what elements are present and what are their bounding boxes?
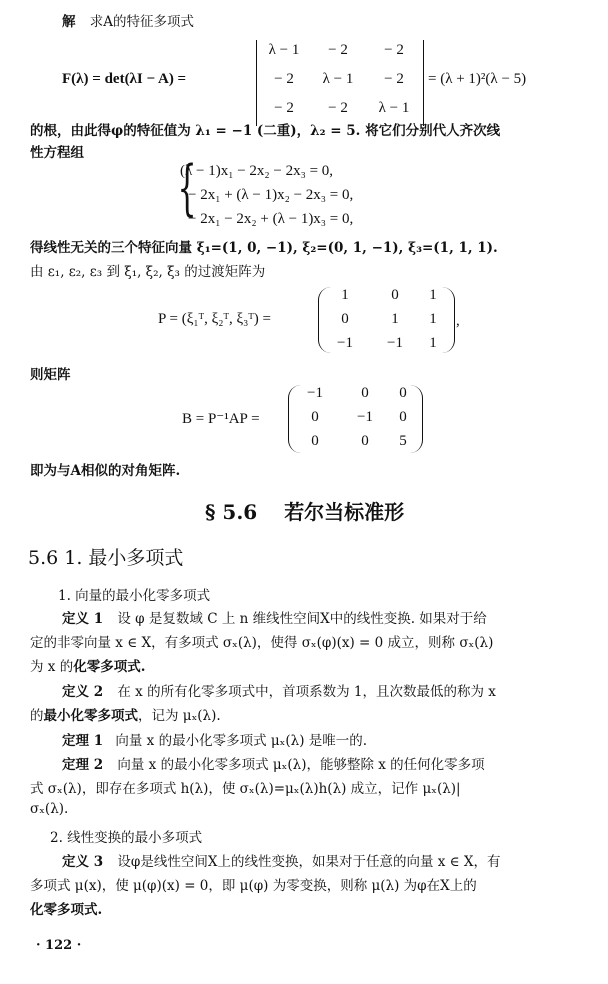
subsection-title: 5.6 1. 最小多项式 [28,543,183,570]
definition-2-line-1: 定义 2 在 x 的所有化零多项式中，首项系数为 1，且次数最低的称为 x [62,680,496,700]
equation-2: − 2x₁ + (λ − 1)x₂ − 2x₃ = 0, [188,187,353,204]
b-cell: 0 [290,409,340,426]
definition-2-text: 的 [30,708,44,724]
solution-intro: 解 求A的特征多项式 [62,10,194,30]
solution-label: 解 [62,14,76,30]
equation-3: − 2x₁ − 2x₂ + (λ − 1)x₃ = 0, [188,211,353,228]
definition-2-text: ，记为 μₓ(λ). [138,708,221,724]
charpoly-lhs: F(λ) = det(λI − A) = [62,71,186,88]
definition-3-line-2: 多项式 μ(x)，使 μ(φ)(x) = 0，即 μ(φ) 为零变换，则称 μ(… [30,874,477,894]
det-cell: − 2 [259,100,309,117]
definition-3-line-3: 化零多项式. [30,898,102,918]
definition-2-line-2: 的最小化零多项式，记为 μₓ(λ). [30,704,221,724]
conclusion-text: 即为与A相似的对角矩阵. [30,459,180,479]
p-matrix-lhs: P = (ξ₁ᵀ, ξ₂ᵀ, ξ₃ᵀ) = [158,311,271,328]
det-cell: λ − 1 [259,42,309,59]
roots-text: 的根，由此得φ的特征值为 λ₁ = −1 (二重)，λ₂ = 5. 将它们分别代… [30,119,500,139]
b-cell: 0 [290,433,340,450]
section-title: 若尔当标准形 [284,500,404,524]
right-paren [442,287,455,353]
theorem-2-label: 定理 2 [62,757,103,773]
theorem-2-text: 向量 x 的最小化零多项式 μₓ(λ)，能够整除 x 的任何化零多项 [117,757,484,773]
p-cell: 1 [320,287,370,304]
definition-2-text: 在 x 的所有化零多项式中，首项系数为 1，且次数最低的称为 x [117,684,495,700]
definition-1-text: 为 x 的 [30,659,73,675]
term-annihilating-polynomial: 化零多项式. [73,659,145,675]
section-number: § 5.6 [205,500,257,524]
det-cell: λ − 1 [313,71,363,88]
roots-text-2: 性方程组 [30,141,84,161]
page-number: · 122 · [36,938,81,953]
equation-1: (λ − 1)x₁ − 2x₂ − 2x₃ = 0, [180,163,333,180]
theorem-2-line-3: σₓ(λ). [30,801,68,817]
solution-intro-text: 求A的特征多项式 [90,14,194,30]
then-text: 则矩阵 [30,363,71,383]
b-matrix-lhs: B = P⁻¹AP = [182,409,260,428]
charpoly-rhs: = (λ + 1)²(λ − 5) [428,71,526,88]
definition-1-text: 设 φ 是复数域 C 上 n 维线性空间X中的线性变换. 如果对于给 [117,611,486,627]
det-cell: − 2 [369,71,419,88]
b-cell: −1 [290,385,340,402]
det-cell: − 2 [313,42,363,59]
definition-3-line-1: 定义 3 设φ是线性空间X上的线性变换，如果对于任意的向量 x ∈ X，有 [62,850,501,870]
det-cell: − 2 [259,71,309,88]
theorem-1-label: 定理 1 [62,733,103,749]
definition-1-line-2: 定的非零向量 x ∈ X，有多项式 σₓ(λ)，使得 σₓ(φ)(x) = 0 … [30,631,493,651]
p-matrix-comma: , [456,313,460,330]
det-cell: λ − 1 [369,100,419,117]
eigenvectors-text: 得线性无关的三个特征向量 ξ₁=(1, 0, −1), ξ₂=(0, 1, −1… [30,236,498,256]
theorem-2-line-1: 定理 2 向量 x 的最小化零多项式 μₓ(λ)，能够整除 x 的任何化零多项 [62,753,485,773]
theorem-2-line-2: 式 σₓ(λ)，即存在多项式 h(λ)，使 σₓ(λ)=μₓ(λ)h(λ) 成立… [30,777,461,797]
definition-3-label: 定义 3 [62,854,103,870]
theorem-1: 定理 1 向量 x 的最小化零多项式 μₓ(λ) 是唯一的. [62,729,367,749]
determinant-matrix: λ − 1 − 2 − 2 − 2 λ − 1 − 2 − 2 − 2 λ − … [256,40,424,126]
sub2-heading: 2. 线性变换的最小多项式 [50,826,202,846]
p-cell: 0 [320,311,370,328]
definition-2-label: 定义 2 [62,684,103,700]
transition-text: 由 ε₁, ε₂, ε₃ 到 ξ₁, ξ₂, ξ₃ 的过渡矩阵为 [30,260,265,280]
p-cell: −1 [320,335,370,352]
det-cell: − 2 [369,42,419,59]
definition-1-line-3: 为 x 的化零多项式. [30,655,145,675]
sub1-heading: 1. 向量的最小化零多项式 [58,584,210,604]
det-cell: − 2 [313,100,363,117]
definition-3-text: 设φ是线性空间X上的线性变换，如果对于任意的向量 x ∈ X，有 [117,854,500,870]
section-heading: § 5.6 若尔当标准形 [205,496,404,525]
definition-1-label: 定义 1 [62,611,103,627]
term-minimal-annihilating-polynomial: 最小化零多项式 [44,708,139,724]
theorem-1-text: 向量 x 的最小化零多项式 μₓ(λ) 是唯一的. [115,733,367,749]
definition-1-line-1: 定义 1 设 φ 是复数域 C 上 n 维线性空间X中的线性变换. 如果对于给 [62,607,487,627]
right-paren [410,385,423,453]
